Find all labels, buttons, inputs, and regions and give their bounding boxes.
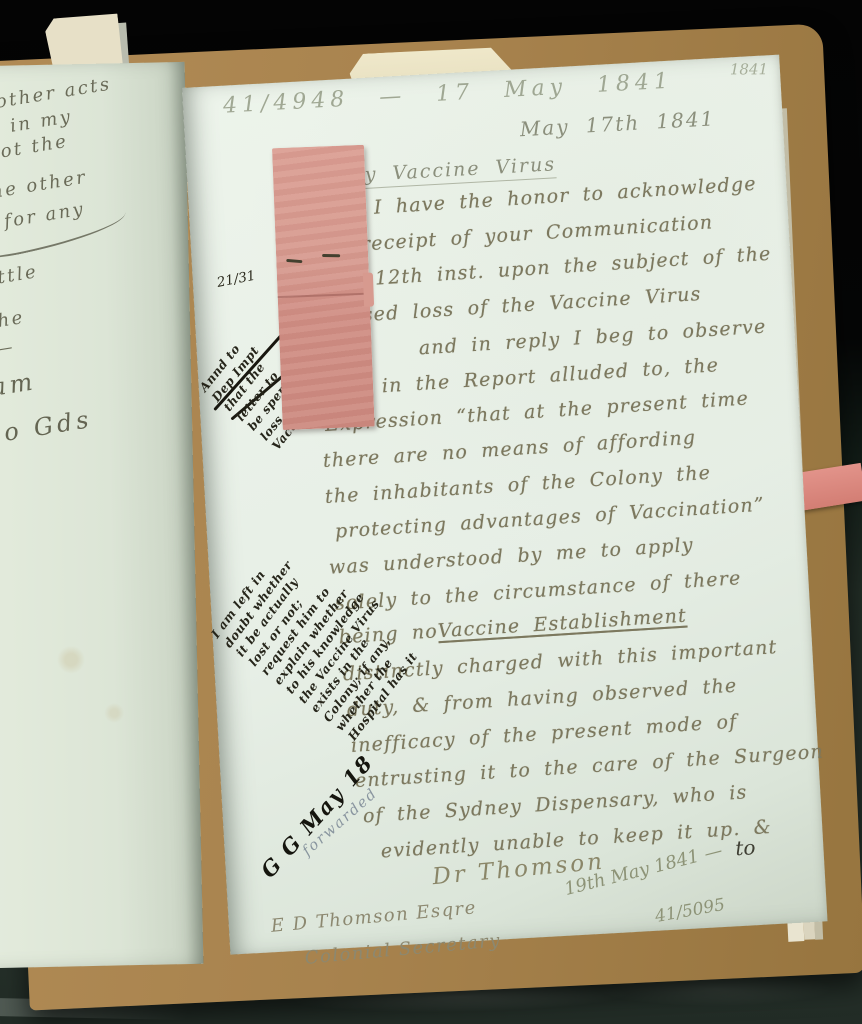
left-page-fragment: — <box>0 336 17 360</box>
minute-signature: G G May 18 <box>256 750 379 883</box>
received-number: 41/5095 <box>654 895 727 927</box>
letter-date: May 17th 1841 <box>519 106 716 141</box>
left-page-fragment: other acts <box>0 73 113 112</box>
docket-to: to <box>735 835 756 860</box>
corner-fragment: 1841 <box>730 60 768 78</box>
addressee-name: E D Thomson Esqre <box>270 897 478 937</box>
tab-notch <box>363 273 374 307</box>
pin-mark <box>286 259 302 263</box>
left-page: other actsis in mynot thethe otherfor an… <box>0 62 203 968</box>
left-page-fragment: to Gds <box>0 405 94 449</box>
margin-reference-number: 21/31 <box>216 268 257 291</box>
pin-mark <box>322 254 340 257</box>
right-page: 41/4948 — 17 May 1841 1841 May 17th 1841… <box>182 55 828 955</box>
archival-photo: other actsis in mynot thethe otherfor an… <box>0 0 862 1024</box>
letter-line: was understood by me to apply <box>328 534 694 579</box>
left-page-fragment: the <box>0 307 26 334</box>
pink-paper-tab <box>272 145 375 430</box>
left-page-fragment: little <box>0 261 40 291</box>
letter-line: receipt of your Communication <box>360 211 714 255</box>
letter-line: and in reply I beg to observe <box>418 315 767 359</box>
left-page-fragment: am <box>0 367 38 402</box>
underlined-phrase: Vaccine Establishment <box>437 605 687 643</box>
tab-fold-crease <box>278 293 370 299</box>
letter-line: there are no means of affording <box>322 426 696 471</box>
